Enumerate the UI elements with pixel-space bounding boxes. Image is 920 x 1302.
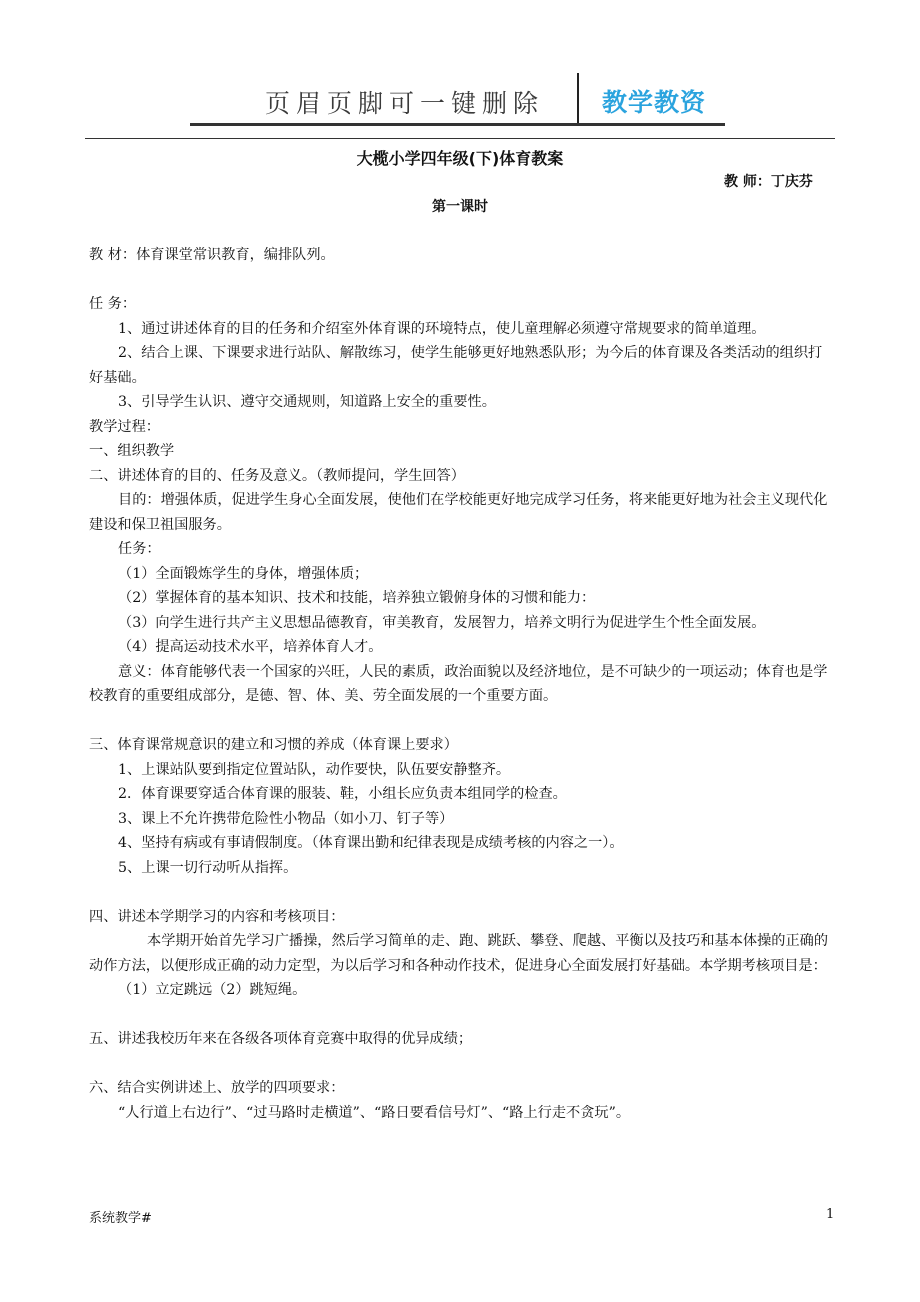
section-heading: 五、讲述我校历年来在各级各项体育竞赛中取得的优异成绩； xyxy=(89,1027,834,1052)
task-sub-item: （4）提高运动技术水平，培养体育人才。 xyxy=(89,635,834,660)
document-body: 教 材：体育课堂常识教育，编排队列。 任 务： 1、通过讲述体育的目的任务和介绍… xyxy=(89,243,834,1125)
assessment-items: （1）立定跳远（2）跳短绳。 xyxy=(89,978,834,1003)
banner-divider xyxy=(577,73,579,126)
rule-item: 5、上课一切行动听从指挥。 xyxy=(89,856,834,881)
section-heading: 三、体育课常规意识的建立和习惯的养成（体育课上要求） xyxy=(89,733,834,758)
banner-removable-note: 页眉页脚可一键删除 xyxy=(265,84,544,120)
meaning-paragraph: 意义：体育能够代表一个国家的兴旺，人民的素质，政治面貌以及经济地位，是不可缺少的… xyxy=(89,660,834,709)
section-heading: 四、讲述本学期学习的内容和考核项目： xyxy=(89,905,834,930)
process-heading: 教学过程： xyxy=(89,415,834,440)
task-item: 1、通过讲述体育的目的任务和介绍室外体育课的环境特点，使儿童理解必须遵守常规要求… xyxy=(89,317,834,342)
purpose-paragraph: 目的：增强体质，促进学生身心全面发展，使他们在学校能更好地完成学习任务，将来能更… xyxy=(89,488,834,537)
task-item: 3、引导学生认识、遵守交通规则，知道路上安全的重要性。 xyxy=(89,390,834,415)
material-line: 教 材：体育课堂常识教育，编排队列。 xyxy=(89,243,834,268)
rule-item: 1、上课站队要到指定位置站队，动作要快，队伍要安静整齐。 xyxy=(89,758,834,783)
section-heading: 二、讲述体育的目的、任务及意义。（教师提问，学生回答） xyxy=(89,464,834,489)
task-item: 2、结合上课、下课要求进行站队、解散练习，使学生能够更好地熟悉队形；为今后的体育… xyxy=(89,341,834,390)
page-number: 1 xyxy=(826,1207,834,1222)
task-label: 任务： xyxy=(89,537,834,562)
safety-rules: “人行道上右边行”、“过马路时走横道”、“路日要看信号灯”、“路上行走不贪玩”。 xyxy=(89,1101,834,1126)
section-heading: 六、结合实例讲述上、放学的四项要求： xyxy=(89,1076,834,1101)
task-sub-item: （1）全面锻炼学生的身体，增强体质； xyxy=(89,562,834,587)
lesson-number: 第一课时 xyxy=(0,196,920,216)
rule-item: 3、课上不允许携带危险性小物品（如小刀、钉子等） xyxy=(89,807,834,832)
task-sub-item: （2）掌握体育的基本知识、技术和技能，培养独立锻俯身体的习惯和能力： xyxy=(89,586,834,611)
rule-item: 2．体育课要穿适合体育课的服装、鞋，小组长应负责本组同学的检查。 xyxy=(89,782,834,807)
footer-label: 系统教学# xyxy=(89,1207,152,1226)
document-title: 大榄小学四年级(下)体育教案 xyxy=(0,146,920,169)
banner-brand: 教学教资 xyxy=(602,83,706,119)
header-rule xyxy=(85,138,835,139)
teacher-name: 教 师：丁庆芬 xyxy=(724,171,813,191)
task-sub-item: （3）向学生进行共产主义思想品德教育，审美教育，发展智力，培养文明行为促进学生个… xyxy=(89,611,834,636)
rule-item: 4、坚持有病或有事请假制度。（体育课出勤和纪律表现是成绩考核的内容之一）。 xyxy=(89,831,834,856)
semester-paragraph: 本学期开始首先学习广播操，然后学习简单的走、跑、跳跃、攀登、爬越、平衡以及技巧和… xyxy=(89,929,834,978)
tasks-heading: 任 务： xyxy=(89,292,834,317)
section-heading: 一、组织教学 xyxy=(89,439,834,464)
banner-underline xyxy=(190,123,725,126)
